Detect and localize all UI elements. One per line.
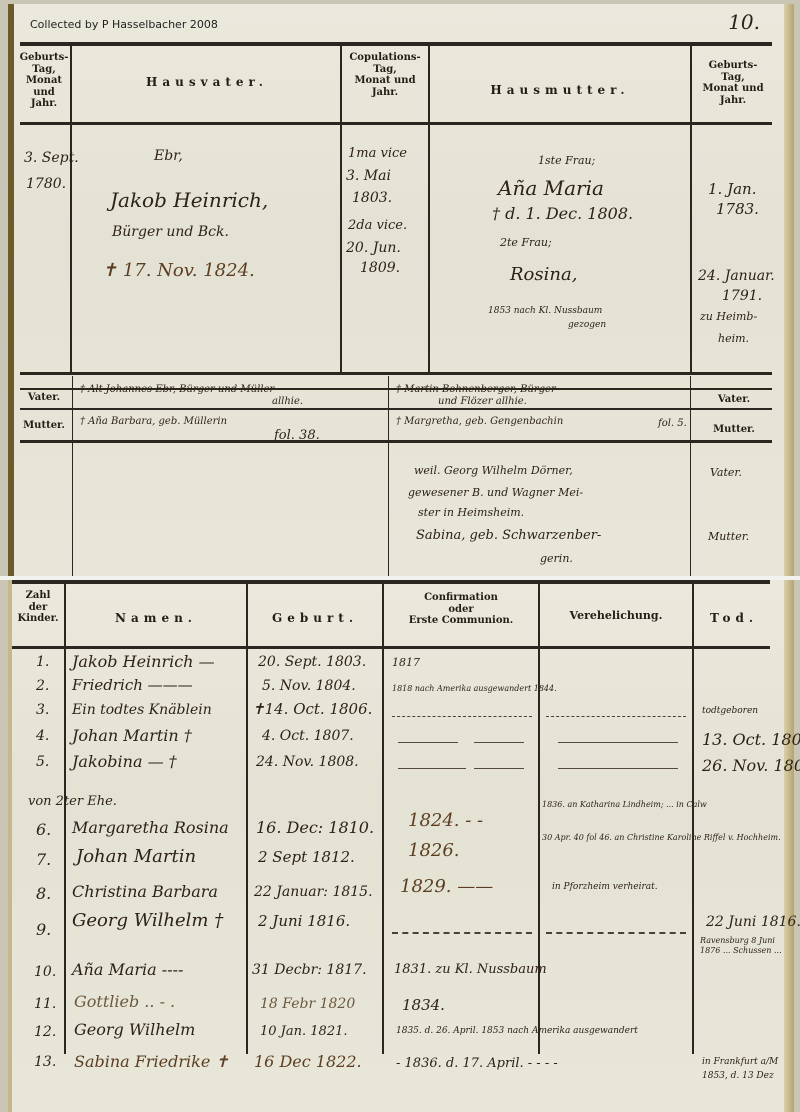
child-name: Margaretha Rosina (72, 818, 229, 837)
wife-mother-ref: fol. 5. (658, 418, 687, 429)
second-marriage-year: 1809. (360, 260, 400, 276)
child-name: Gottlieb .. - . (74, 992, 175, 1011)
blank-line (474, 742, 524, 743)
second-wife-birth-year: 1791. (722, 288, 762, 304)
child-number: 9. (36, 920, 51, 939)
second-wife-note: 1853 nach Kl. Nussbaum (488, 306, 602, 316)
first-marriage-date: 3. Mai (346, 168, 391, 184)
child-number: 5. (36, 754, 49, 770)
child-birth: 22 Januar: 1815. (254, 884, 373, 900)
child-number: 7. (36, 850, 51, 869)
header-child-number: Zahl der Kinder. (12, 590, 64, 625)
second-wife-label: 2te Frau; (500, 236, 552, 249)
child-death: todtgeboren (702, 706, 758, 716)
child-death: 22 Juni 1816. (706, 914, 800, 930)
child-name: Jakob Heinrich — (72, 652, 215, 671)
child-confirmation: 1834. (402, 996, 445, 1014)
header-name: Namen. (66, 612, 246, 626)
first-marriage-year: 1803. (352, 190, 392, 206)
child-confirmation: 1831. zu Kl. Nussbaum (394, 962, 547, 977)
second-wife-mother-2: gerin. (540, 552, 573, 565)
first-wife-label: 1ste Frau; (538, 154, 595, 167)
child-number: 11. (34, 996, 56, 1012)
child-marriage: in Pforzheim verheirat. (552, 882, 658, 892)
second-wife-birth-place-2: heim. (718, 332, 749, 345)
parents-rule-2 (20, 408, 772, 410)
col-divider (388, 376, 389, 576)
confirmation-dash (392, 716, 532, 717)
blank-line (558, 768, 678, 769)
children-header-top-rule (12, 580, 770, 584)
second-wife-name: Rosina, (510, 264, 577, 285)
col-divider (692, 584, 694, 1054)
page-edge (784, 580, 794, 1112)
header-hausvater: Hausvater. (74, 76, 340, 90)
register-page-bottom: Zahl der Kinder. Namen. Geburt. Confirma… (8, 580, 794, 1112)
marriage-dash (546, 932, 686, 934)
child-confirmation: - 1836. d. 17. April. - - - - (396, 1056, 558, 1071)
child-death: Ravensburg 8 Juni 1876 ... Schussen ... (700, 936, 790, 957)
child-birth: 18 Febr 1820 (260, 996, 355, 1012)
child-number: 1. (36, 654, 49, 670)
header-confirmation: Confirmation oder Erste Communion. (384, 592, 538, 627)
collection-credit: Collected by P Hasselbacher 2008 (30, 18, 218, 31)
blank-line (558, 742, 678, 743)
second-wife-birth-day: 24. Januar. (698, 268, 775, 284)
header-top-rule (20, 42, 772, 46)
header-hausmutter: Hausmutter. (430, 84, 690, 98)
first-wife-name: Aña Maria (498, 176, 604, 200)
child-number: 6. (36, 820, 51, 839)
first-wife-death: † d. 1. Dec. 1808. (492, 204, 633, 223)
child-number: 13. (34, 1054, 56, 1070)
child-death: 26. Nov. 1808. (702, 756, 800, 775)
child-number: 8. (36, 884, 51, 903)
header-birth-date-father: Geburts- Tag, Monat und Jahr. (18, 52, 70, 110)
child-birth: 16. Dec: 1810. (256, 818, 374, 837)
children-header-bottom-rule (12, 646, 770, 649)
main-bottom-rule (20, 372, 772, 375)
second-wife-father-2: gewesener B. und Wagner Mei- (408, 486, 583, 499)
second-wife-father-label: Vater. (710, 466, 742, 479)
header-birth: Geburt. (248, 612, 382, 626)
father-birth-year: 1780. (26, 176, 66, 192)
child-number: 2. (36, 678, 49, 694)
child-birth: 20. Sept. 1803. (258, 654, 366, 670)
col-divider (690, 376, 691, 576)
header-bottom-rule (20, 122, 772, 125)
child-name: Georg Wilhelm (74, 1020, 195, 1039)
father-surname: Ebr, (154, 148, 183, 164)
second-wife-birth-place: zu Heimb- (700, 310, 757, 323)
confirmation-dash (392, 932, 532, 934)
father-name: Jakob Heinrich, (110, 188, 268, 212)
col-divider (70, 44, 72, 374)
husband-father-2: allhie. (272, 396, 303, 407)
page-edge (784, 4, 794, 576)
child-name: Ein todtes Knäblein (72, 702, 212, 718)
child-name: Aña Maria ---- (72, 960, 183, 979)
first-wife-birth-year: 1783. (716, 200, 759, 218)
child-birth: 4. Oct. 1807. (262, 728, 354, 744)
child-name: Christina Barbara (72, 882, 218, 901)
header-death: Tod. (694, 612, 774, 626)
child-number: 12. (34, 1024, 56, 1040)
husband-mother: † Aña Barbara, geb. Müllerin (80, 416, 227, 427)
header-copulation: Copulations- Tag, Monat und Jahr. (342, 52, 428, 98)
child-number: 4. (36, 728, 49, 744)
child-number: 10. (34, 964, 56, 980)
child-marriage: 1836. an Katharina Lindheim; ... in Calw (542, 800, 742, 810)
second-wife-father-1: weil. Georg Wilhelm Dörner, (414, 464, 573, 477)
row-label-father: Vater. (18, 392, 70, 404)
child-confirmation: 1818 nach Amerika ausgewandert 1844. (392, 684, 557, 693)
father-death: ✝ 17. Nov. 1824. (102, 260, 255, 281)
col-divider (72, 376, 73, 576)
second-marriage-label: 2da vice. (348, 218, 407, 233)
col-divider (246, 584, 248, 1054)
col-divider (64, 584, 66, 1054)
col-divider (538, 584, 540, 1054)
child-name: Jakobina — † (72, 752, 177, 771)
register-page-top: Collected by P Hasselbacher 2008 10. Geb… (8, 4, 794, 576)
child-birth: 2 Sept 1812. (258, 848, 355, 866)
child-name: Georg Wilhelm † (72, 910, 223, 931)
page-number: 10. (728, 10, 760, 34)
child-number: 3. (36, 702, 49, 718)
child-confirmation: 1829. —— (400, 876, 493, 897)
child-birth: 31 Decbr: 1817. (252, 962, 367, 978)
header-birth-date-mother: Geburts- Tag, Monat und Jahr. (692, 60, 774, 106)
blank-line (398, 768, 466, 769)
child-name: Sabina Friedrike ✝ (74, 1052, 229, 1071)
child-confirmation: 1835. d. 26. April. 1853 nach Amerika au… (396, 1026, 638, 1036)
wife-mother: † Margretha, geb. Gengenbachin (396, 416, 563, 427)
child-name: Friedrich ——— (72, 676, 193, 694)
father-birth-day: 3. Sept. (24, 150, 79, 166)
row-label-mother-right: Mutter. (694, 424, 774, 436)
second-marriage-date: 20. Jun. (346, 240, 401, 256)
second-marriage-note: von 2ter Ehe. (28, 794, 117, 809)
parents-rule-3 (20, 440, 772, 443)
wife-father-2: und Flözer allhie. (438, 396, 527, 407)
child-birth: 24. Nov. 1808. (256, 754, 359, 770)
child-birth: ✝14. Oct. 1806. (252, 700, 372, 718)
second-wife-father-3: ster in Heimsheim. (418, 506, 524, 519)
child-confirmation: 1817 (392, 656, 420, 669)
first-marriage-label: 1ma vice (348, 146, 407, 161)
child-name: Johan Martin † (72, 726, 192, 745)
col-divider (382, 584, 384, 1054)
wife-father: † Martin Bohnenberger, Bürger (396, 384, 556, 395)
child-birth: 5. Nov. 1804. (262, 678, 356, 694)
row-label-mother: Mutter. (18, 420, 70, 432)
child-name: Johan Martin (76, 846, 196, 867)
child-marriage: 30 Apr. 40 fol 46. an Christine Karoline… (542, 832, 782, 843)
header-marriage: Verehelichung. (540, 610, 692, 623)
child-birth: 2 Juni 1816. (258, 912, 350, 930)
child-confirmation: 1826. (408, 840, 460, 861)
first-wife-birth-day: 1. Jan. (708, 180, 756, 198)
father-occupation: Bürger und Bck. (112, 224, 229, 240)
second-wife-mother-1: Sabina, geb. Schwarzenber- (416, 528, 601, 543)
child-death: 13. Oct. 1807. (702, 730, 800, 749)
blank-line (398, 742, 458, 743)
blank-line (474, 768, 524, 769)
marriage-dash (546, 716, 686, 717)
row-label-father-right: Vater. (694, 394, 774, 406)
child-death: in Frankfurt a/M 1853, d. 13 Dez (702, 1056, 786, 1083)
child-birth: 10 Jan. 1821. (260, 1024, 348, 1039)
second-wife-note-2: gezogen (568, 320, 606, 330)
second-wife-mother-label: Mutter. (708, 530, 749, 543)
husband-mother-ref: fol. 38. (274, 428, 320, 443)
child-confirmation: 1824. - - (408, 810, 483, 831)
child-birth: 16 Dec 1822. (254, 1052, 362, 1071)
husband-father: † Alt Johannes Ebr, Bürger und Müller (80, 384, 274, 395)
